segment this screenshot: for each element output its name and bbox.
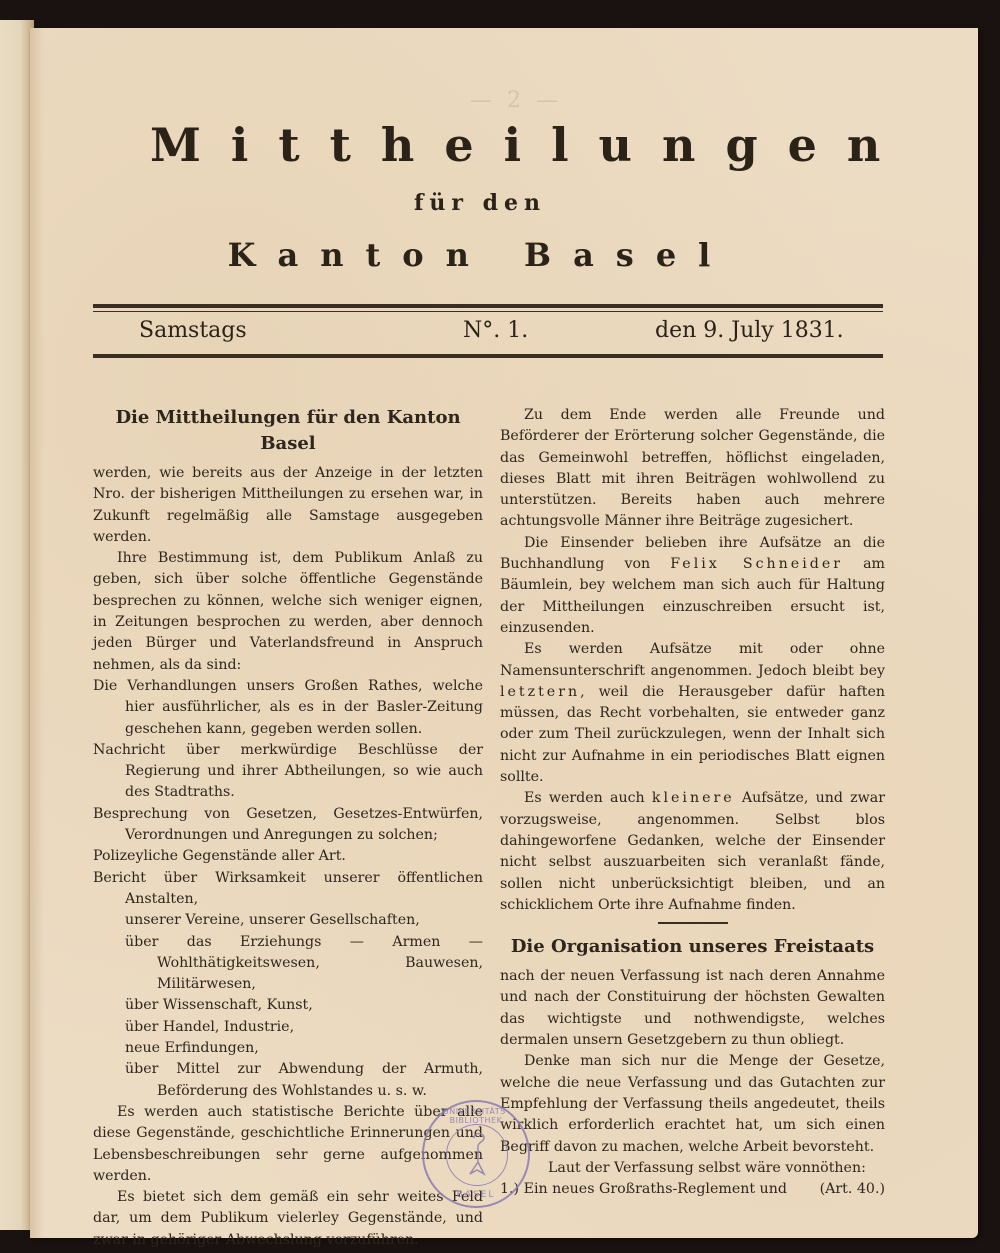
masthead-title: Mittheilungen <box>150 118 810 172</box>
bleed-through-page-number: — 2 — <box>470 88 562 113</box>
paragraph-purpose: Ihre Bestimmung ist, dem Publikum Anlaß … <box>93 548 483 676</box>
sub-list-item: über Wissenschaft, Kunst, <box>93 995 483 1016</box>
list-item: Polizeyliche Gegenstände aller Art. <box>93 846 483 867</box>
book-spine-edge <box>0 20 34 1230</box>
sub-list-item: über Handel, Industrie, <box>93 1017 483 1038</box>
paragraph-submission: Die Einsender belieben ihre Aufsätze an … <box>500 533 885 639</box>
masthead-subtitle: für den <box>380 190 580 216</box>
dateline: Samstags N°. 1. den 9. July 1831. <box>93 318 883 348</box>
paragraph-organisation: nach der neuen Verfassung ist nach deren… <box>500 966 885 1051</box>
sub-list-item: über Mittel zur Abwendung der Armuth, Be… <box>93 1059 483 1102</box>
paragraph-according: Laut der Verfassung selbst wäre vonnöthe… <box>500 1158 885 1179</box>
smaller-text: Aufsätze, und zwar vorzugsweise, angenom… <box>500 790 885 912</box>
list-item: Besprechung von Gesetzen, Gesetzes-Entwü… <box>93 804 483 847</box>
smaller-text: Es werden auch <box>524 790 645 806</box>
header-rule-top <box>93 304 883 308</box>
issue-number: N°. 1. <box>463 318 528 343</box>
library-stamp: UNIVERSITÄTS-BIBLIOTHEK BASEL <box>422 1100 530 1208</box>
section-divider <box>658 922 728 924</box>
stamp-bottom-text: BASEL <box>424 1190 528 1200</box>
list-item: Nachricht über merkwürdige Beschlüsse de… <box>93 740 483 804</box>
numbered-item: 1.) Ein neues Großraths-Reglement und (A… <box>500 1179 885 1200</box>
emphasis-kleinere: kleinere <box>652 790 735 806</box>
list-item: Bericht über Wirksamkeit unserer öffentl… <box>93 868 483 911</box>
header-rule-bottom <box>93 354 883 358</box>
header-rule-top-thin <box>93 311 883 312</box>
list-item: Die Verhandlungen unsers Großen Rathes, … <box>93 676 483 740</box>
sub-list-item: unserer Vereine, unserer Gesellschaften, <box>93 910 483 931</box>
numbered-item-text: 1.) Ein neues Großraths-Reglement und <box>500 1179 787 1200</box>
article-reference: (Art. 40.) <box>820 1179 885 1200</box>
signature-text: Es werden Aufsätze mit oder ohne Namensu… <box>500 641 885 678</box>
right-column: Zu dem Ende werden alle Freunde und Befö… <box>500 405 885 1200</box>
paragraph-intro: werden, wie bereits aus der Anzeige in d… <box>93 463 483 548</box>
sub-list-item: über das Erziehungs — Armen — Wohlthätig… <box>93 932 483 996</box>
paragraph-invitation: Zu dem Ende werden alle Freunde und Befö… <box>500 405 885 533</box>
issue-date: den 9. July 1831. <box>655 318 844 343</box>
bookseller-name: Felix Schneider <box>670 556 843 572</box>
stamp-top-text: UNIVERSITÄTS-BIBLIOTHEK <box>424 1107 528 1125</box>
paragraph-laws: Denke man sich nur die Menge der Gesetze… <box>500 1051 885 1157</box>
masthead-place: Kanton Basel <box>220 236 740 274</box>
sub-list-item: neue Erfindungen, <box>93 1038 483 1059</box>
paragraph-smaller-articles: Es werden auch kleinere Aufsätze, und zw… <box>500 788 885 916</box>
article-heading-mittheilungen: Die Mittheilungen für den Kanton Basel <box>93 405 483 457</box>
paragraph-signature: Es werden Aufsätze mit oder ohne Namensu… <box>500 639 885 788</box>
article-heading-organisation: Die Organisation unseres Freistaats <box>500 934 885 960</box>
dateline-day: Samstags <box>139 318 247 343</box>
emphasis-letztern: letztern <box>500 684 580 700</box>
basel-crozier-icon <box>462 1132 492 1178</box>
